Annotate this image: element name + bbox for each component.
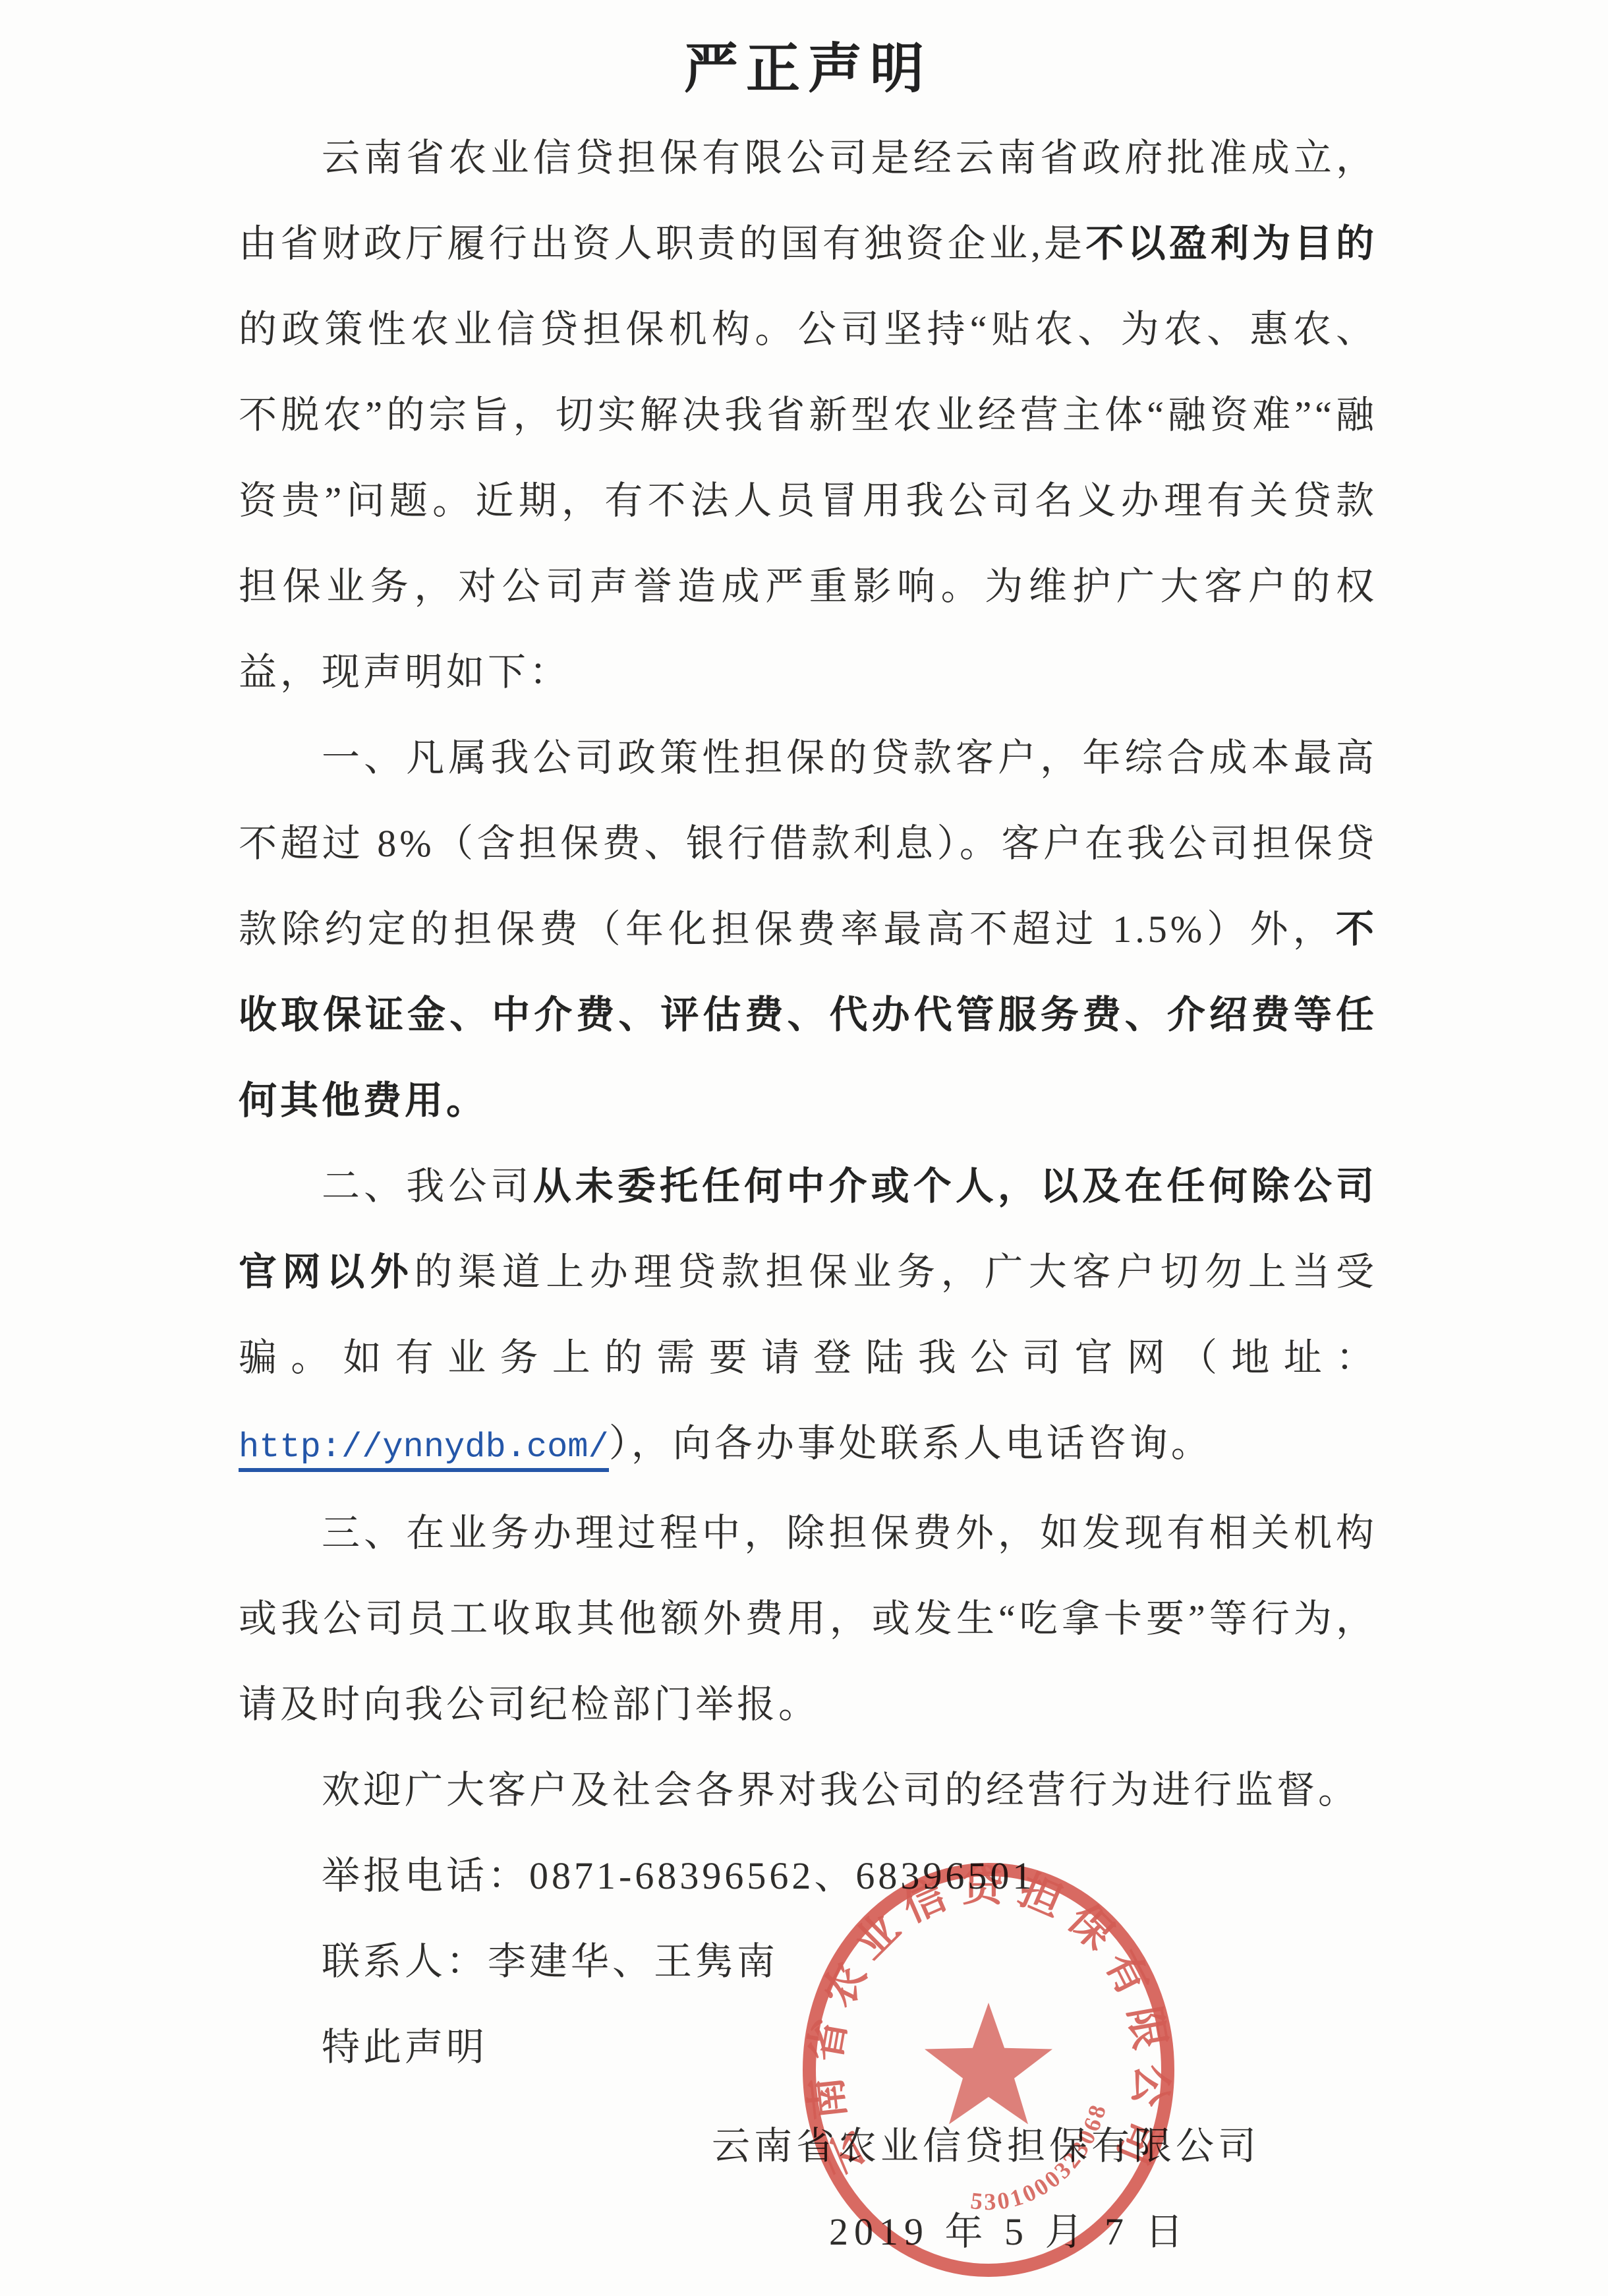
- intro-text-post: 的政策性农业信贷担保机构。公司坚持“贴农、为农、惠农、 不脱农”的宗旨，切实解决…: [239, 308, 1377, 693]
- signature-company: 云南省农业信贷担保有限公司: [712, 2104, 1377, 2189]
- signature-date: 2019 年 5 月 7 日: [829, 2189, 1377, 2275]
- report-hotline-line: 举报电话：0871-68396562、68396501: [239, 1833, 1377, 1919]
- official-website-link[interactable]: http://ynnydb.com/: [239, 1428, 609, 1472]
- paragraph-item3: 三、在业务办理过程中，除担保费外，如发现有相关机构或我公司员工收取其他额外费用，…: [239, 1490, 1377, 1748]
- paragraph-item2: 二、我公司从未委托任何中介或个人，以及在任何除公司官网以外的渠道上办理贷款担保业…: [239, 1144, 1377, 1490]
- page-title: 严正声明: [239, 26, 1377, 112]
- closing-statement-line: 特此声明: [239, 2005, 1377, 2090]
- paragraph-item1: 一、凡属我公司政策性担保的贷款客户，年综合成本最高不超过 8%（含担保费、银行借…: [239, 715, 1377, 1144]
- intro-text-bold: 不以盈利为目的: [1085, 222, 1377, 265]
- paragraph-intro: 云南省农业信贷担保有限公司是经云南省政府批准成立，由省财政厅履行出资人职责的国有…: [239, 115, 1377, 715]
- item1-text-pre: 一、凡属我公司政策性担保的贷款客户，年综合成本最高不超过 8%（含担保费、银行借…: [239, 736, 1377, 951]
- paragraph-supervision: 欢迎广大客户及社会各界对我公司的经营行为进行监督。: [239, 1748, 1377, 1833]
- contact-person-line: 联系人：李建华、王隽南: [239, 1919, 1377, 2005]
- item2-text-pre: 二、我公司: [322, 1165, 533, 1208]
- item2-text-post: ），向各办事处联系人电话咨询。: [609, 1422, 1213, 1465]
- document-page: 严正声明 云南省农业信贷担保有限公司是经云南省政府批准成立，由省财政厅履行出资人…: [0, 0, 1608, 2296]
